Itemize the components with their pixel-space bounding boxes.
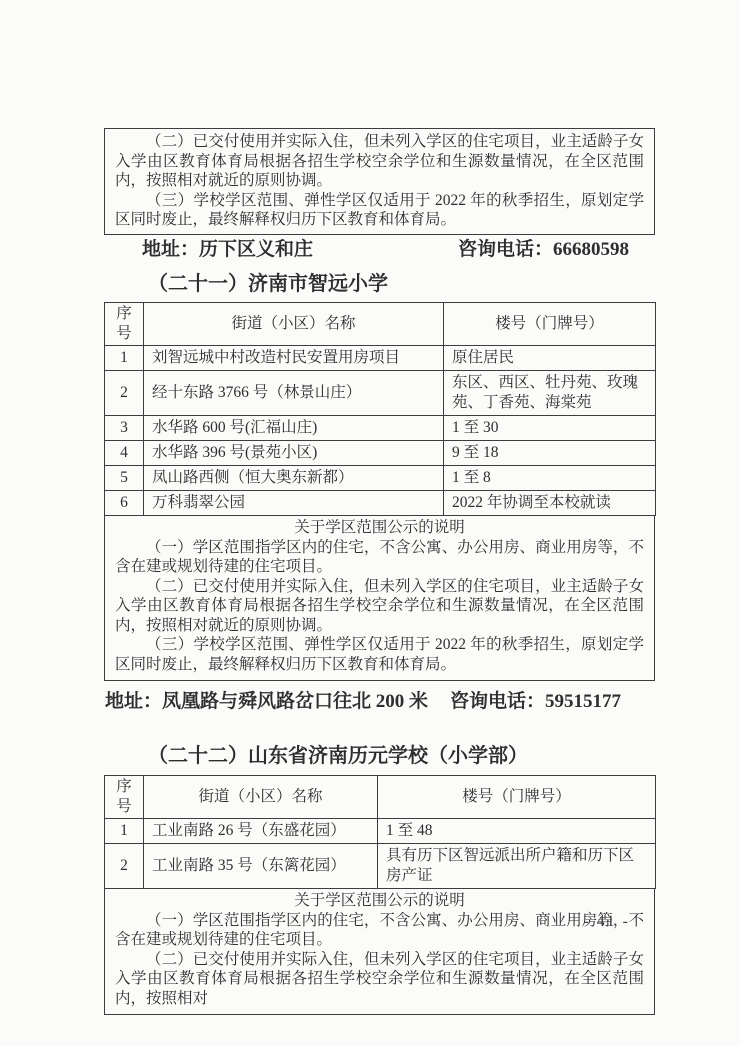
building-number-cell: 原住居民 [444, 345, 656, 370]
row-index-cell: 1 [105, 818, 144, 843]
row-index-cell: 3 [105, 415, 144, 440]
note-paragraph: （一）学区范围指学区内的住宅，不含公寓、办公用房、商业用房等，不含在建或规划待建… [115, 911, 644, 950]
building-number-cell: 1 至 48 [378, 818, 656, 843]
section-22-notes-box: 关于学区范围公示的说明 （一）学区范围指学区内的住宅，不含公寓、办公用房、商业用… [104, 889, 655, 1015]
table-header-row: 序号 街道（小区）名称 楼号（门牌号） [105, 302, 656, 345]
section-22-title: （二十二）山东省济南历元学校（小学部） [148, 743, 655, 769]
note-paragraph: （二）已交付使用并实际入住，但未列入学区的住宅项目，业主适龄子女入学由区教育体育… [115, 132, 644, 191]
note-paragraph: （二）已交付使用并实际入住，但未列入学区的住宅项目，业主适龄子女入学由区教育体育… [115, 577, 644, 636]
section-21-notes-box: 关于学区范围公示的说明 （一）学区范围指学区内的住宅，不含公寓、办公用房、商业用… [104, 516, 655, 681]
building-number-cell: 1 至 8 [444, 465, 656, 490]
building-number-cell: 9 至 18 [444, 440, 656, 465]
section-21-title: （二十一）济南市智远小学 [148, 271, 655, 297]
document-page: （二）已交付使用并实际入住，但未列入学区的住宅项目，业主适龄子女入学由区教育体育… [0, 0, 740, 1046]
column-header-building: 楼号（门牌号） [378, 775, 656, 818]
row-index-cell: 2 [105, 370, 144, 415]
notes-heading: 关于学区范围公示的说明 [115, 891, 644, 911]
address-phone-line: 地址：凤凰路与舜风路岔口往北 200 米 咨询电话：59515177 [104, 689, 655, 715]
row-index-cell: 2 [105, 843, 144, 888]
building-number-cell: 1 至 30 [444, 415, 656, 440]
street-name-cell: 凤山路西侧（恒大奥东新都） [144, 465, 444, 490]
street-name-cell: 经十东路 3766 号（林景山庄） [144, 370, 444, 415]
table-row: 3水华路 600 号(汇福山庄)1 至 30 [105, 415, 656, 440]
row-index-cell: 5 [105, 465, 144, 490]
table-header-row: 序号 街道（小区）名称 楼号（门牌号） [105, 775, 656, 818]
street-name-cell: 工业南路 35 号（东篱花园） [144, 843, 378, 888]
street-name-cell: 水华路 396 号(景苑小区) [144, 440, 444, 465]
building-number-cell: 2022 年协调至本校就读 [444, 490, 656, 515]
table-row: 1刘智远城中村改造村民安置用房项目原住居民 [105, 345, 656, 370]
column-header-building: 楼号（门牌号） [444, 302, 656, 345]
table-body: 1工业南路 26 号（东盛花园）1 至 482工业南路 35 号（东篱花园）具有… [105, 818, 656, 888]
column-header-index: 序号 [105, 302, 144, 345]
note-paragraph: （三）学校学区范围、弹性学区仅适用于 2022 年的秋季招生，原划定学区同时废止… [115, 191, 644, 230]
page-number: - 41 - [583, 913, 630, 931]
phone-text: 咨询电话：66680598 [458, 237, 629, 263]
table-row: 2工业南路 35 号（东篱花园）具有历下区智远派出所户籍和历下区房产证 [105, 843, 656, 888]
column-header-street: 街道（小区）名称 [144, 775, 378, 818]
row-index-cell: 6 [105, 490, 144, 515]
table-row: 6万科翡翠公园2022 年协调至本校就读 [105, 490, 656, 515]
note-paragraph: （一）学区范围指学区内的住宅，不含公寓、办公用房、商业用房等，不含在建或规划待建… [115, 538, 644, 577]
address-text: 地址：历下区义和庄 [142, 237, 313, 263]
section-21-table: 序号 街道（小区）名称 楼号（门牌号） 1刘智远城中村改造村民安置用房项目原住居… [104, 302, 656, 516]
table-row: 5凤山路西侧（恒大奥东新都）1 至 8 [105, 465, 656, 490]
row-index-cell: 4 [105, 440, 144, 465]
street-name-cell: 水华路 600 号(汇福山庄) [144, 415, 444, 440]
table-row: 2经十东路 3766 号（林景山庄）东区、西区、牡丹苑、玫瑰苑、丁香苑、海棠苑 [105, 370, 656, 415]
column-header-street: 街道（小区）名称 [144, 302, 444, 345]
street-name-cell: 工业南路 26 号（东盛花园） [144, 818, 378, 843]
table-row: 1工业南路 26 号（东盛花园）1 至 48 [105, 818, 656, 843]
address-text: 地址：凤凰路与舜风路岔口往北 200 米 [105, 689, 428, 715]
column-header-index: 序号 [105, 775, 144, 818]
table-body: 1刘智远城中村改造村民安置用房项目原住居民2经十东路 3766 号（林景山庄）东… [105, 345, 656, 515]
note-paragraph: （二）已交付使用并实际入住，但未列入学区的住宅项目，业主适龄子女入学由区教育体育… [115, 950, 644, 1009]
note-paragraph: （三）学校学区范围、弹性学区仅适用于 2022 年的秋季招生，原划定学区同时废止… [115, 635, 644, 674]
notes-heading: 关于学区范围公示的说明 [115, 518, 644, 538]
address-phone-line: 地址：历下区义和庄 咨询电话：66680598 [104, 235, 655, 263]
phone-text: 咨询电话：59515177 [450, 689, 621, 715]
building-number-cell: 具有历下区智远派出所户籍和历下区房产证 [378, 843, 656, 888]
page-content: （二）已交付使用并实际入住，但未列入学区的住宅项目，业主适龄子女入学由区教育体育… [104, 128, 655, 1015]
street-name-cell: 万科翡翠公园 [144, 490, 444, 515]
street-name-cell: 刘智远城中村改造村民安置用房项目 [144, 345, 444, 370]
carryover-note-box: （二）已交付使用并实际入住，但未列入学区的住宅项目，业主适龄子女入学由区教育体育… [104, 128, 655, 235]
row-index-cell: 1 [105, 345, 144, 370]
table-row: 4水华路 396 号(景苑小区)9 至 18 [105, 440, 656, 465]
section-22-table: 序号 街道（小区）名称 楼号（门牌号） 1工业南路 26 号（东盛花园）1 至 … [104, 775, 656, 889]
building-number-cell: 东区、西区、牡丹苑、玫瑰苑、丁香苑、海棠苑 [444, 370, 656, 415]
